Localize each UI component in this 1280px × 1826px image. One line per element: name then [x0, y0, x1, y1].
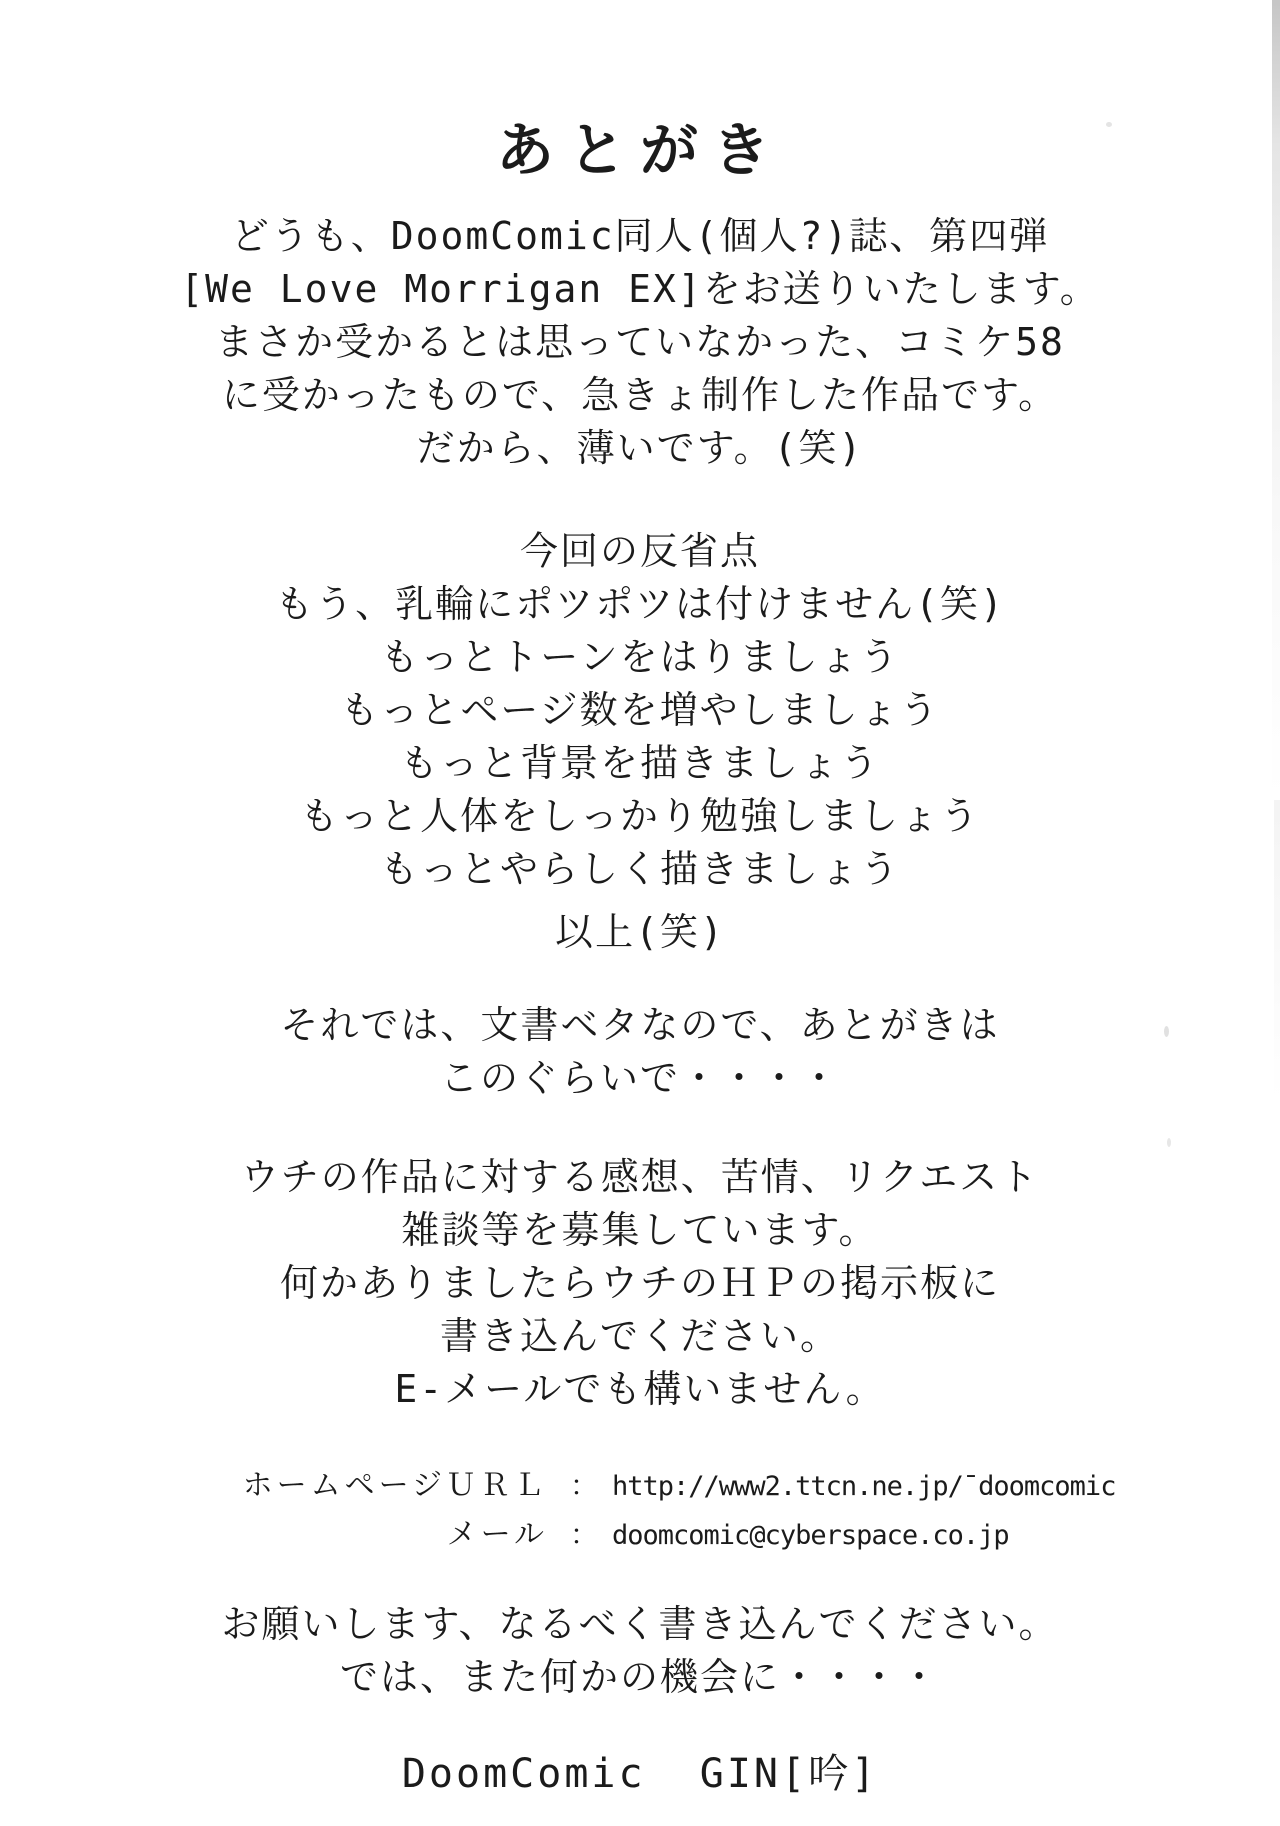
scan-speck — [1164, 1026, 1169, 1037]
homepage-row: ホームページＵＲＬ ： http://www2.ttcn.ne.jp/¯doom… — [176, 1462, 1140, 1511]
intro-paragraph: どうも、DoomComic同人(個人?)誌、第四弾 [We Love Morri… — [140, 210, 1140, 475]
email-label: メール — [176, 1511, 548, 1559]
page-title: あとがき — [140, 110, 1140, 190]
text-line: このぐらいで・・・・ — [140, 1052, 1140, 1105]
homepage-separator: ： — [570, 1462, 598, 1510]
homepage-label: ホームページＵＲＬ — [176, 1462, 548, 1510]
text-line: それでは、文書ベタなので、あとがきは — [140, 999, 1140, 1052]
text-line: もっと人体をしっかり勉強しましょう — [140, 790, 1140, 843]
text-line: に受かったもので、急きょ制作した作品です。 — [140, 369, 1140, 422]
scan-artifact-right-edge-lower — [1274, 800, 1280, 1100]
text-line: 雑談等を募集しています。 — [140, 1204, 1140, 1257]
reflections-section: 今回の反省点 もう、乳輪にポツポツは付けません(笑) もっとトーンをはりましょう… — [140, 525, 1140, 959]
text-line: お願いします、なるべく書き込んでください。 — [140, 1598, 1140, 1651]
text-line: ウチの作品に対する感想、苦情、リクエスト — [140, 1151, 1140, 1204]
text-line: 何かありましたらウチのＨＰの掲示板に — [140, 1257, 1140, 1310]
scan-speck — [1106, 122, 1112, 127]
email-separator: ： — [570, 1511, 598, 1559]
text-line: どうも、DoomComic同人(個人?)誌、第四弾 — [140, 210, 1140, 263]
email-address: doomcomic@cyberspace.co.jp — [612, 1512, 1009, 1560]
scan-speck — [1167, 1138, 1171, 1147]
scan-artifact-right-edge — [1272, 0, 1280, 800]
contact-info: ホームページＵＲＬ ： http://www2.ttcn.ne.jp/¯doom… — [140, 1462, 1140, 1560]
text-line: 以上(笑) — [140, 906, 1140, 959]
closing-paragraph: お願いします、なるべく書き込んでください。 では、また何かの機会に・・・・ — [140, 1598, 1140, 1704]
text-line: もっとページ数を増やしましょう — [140, 684, 1140, 737]
text-line: まさか受かるとは思っていなかった、コミケ58 — [140, 316, 1140, 369]
text-line: E-メールでも構いません。 — [140, 1363, 1140, 1416]
scanned-afterword-page: あとがき どうも、DoomComic同人(個人?)誌、第四弾 [We Love … — [0, 0, 1280, 1826]
text-line: では、また何かの機会に・・・・ — [140, 1651, 1140, 1704]
transition-paragraph: それでは、文書ベタなので、あとがきは このぐらいで・・・・ — [140, 999, 1140, 1105]
text-line: もっとトーンをはりましょう — [140, 631, 1140, 684]
text-line: [We Love Morrigan EX]をお送りいたします。 — [140, 263, 1140, 316]
text-line: もっと背景を描きましょう — [140, 737, 1140, 790]
feedback-request-paragraph: ウチの作品に対する感想、苦情、リクエスト 雑談等を募集しています。 何かありまし… — [140, 1151, 1140, 1416]
afterword-content: あとがき どうも、DoomComic同人(個人?)誌、第四弾 [We Love … — [140, 0, 1140, 1801]
email-row: メール ： doomcomic@cyberspace.co.jp — [176, 1511, 1140, 1560]
text-line: 書き込んでください。 — [140, 1310, 1140, 1363]
text-line: もっとやらしく描きましょう — [140, 843, 1140, 896]
section-heading: 今回の反省点 — [140, 525, 1140, 578]
homepage-url: http://www2.ttcn.ne.jp/¯doomcomic — [612, 1463, 1115, 1511]
text-line: もう、乳輪にポツポツは付けません(笑) — [140, 578, 1140, 631]
text-line: だから、薄いです。(笑) — [140, 422, 1140, 475]
signature: DoomComic GIN[吟] — [140, 1748, 1140, 1801]
